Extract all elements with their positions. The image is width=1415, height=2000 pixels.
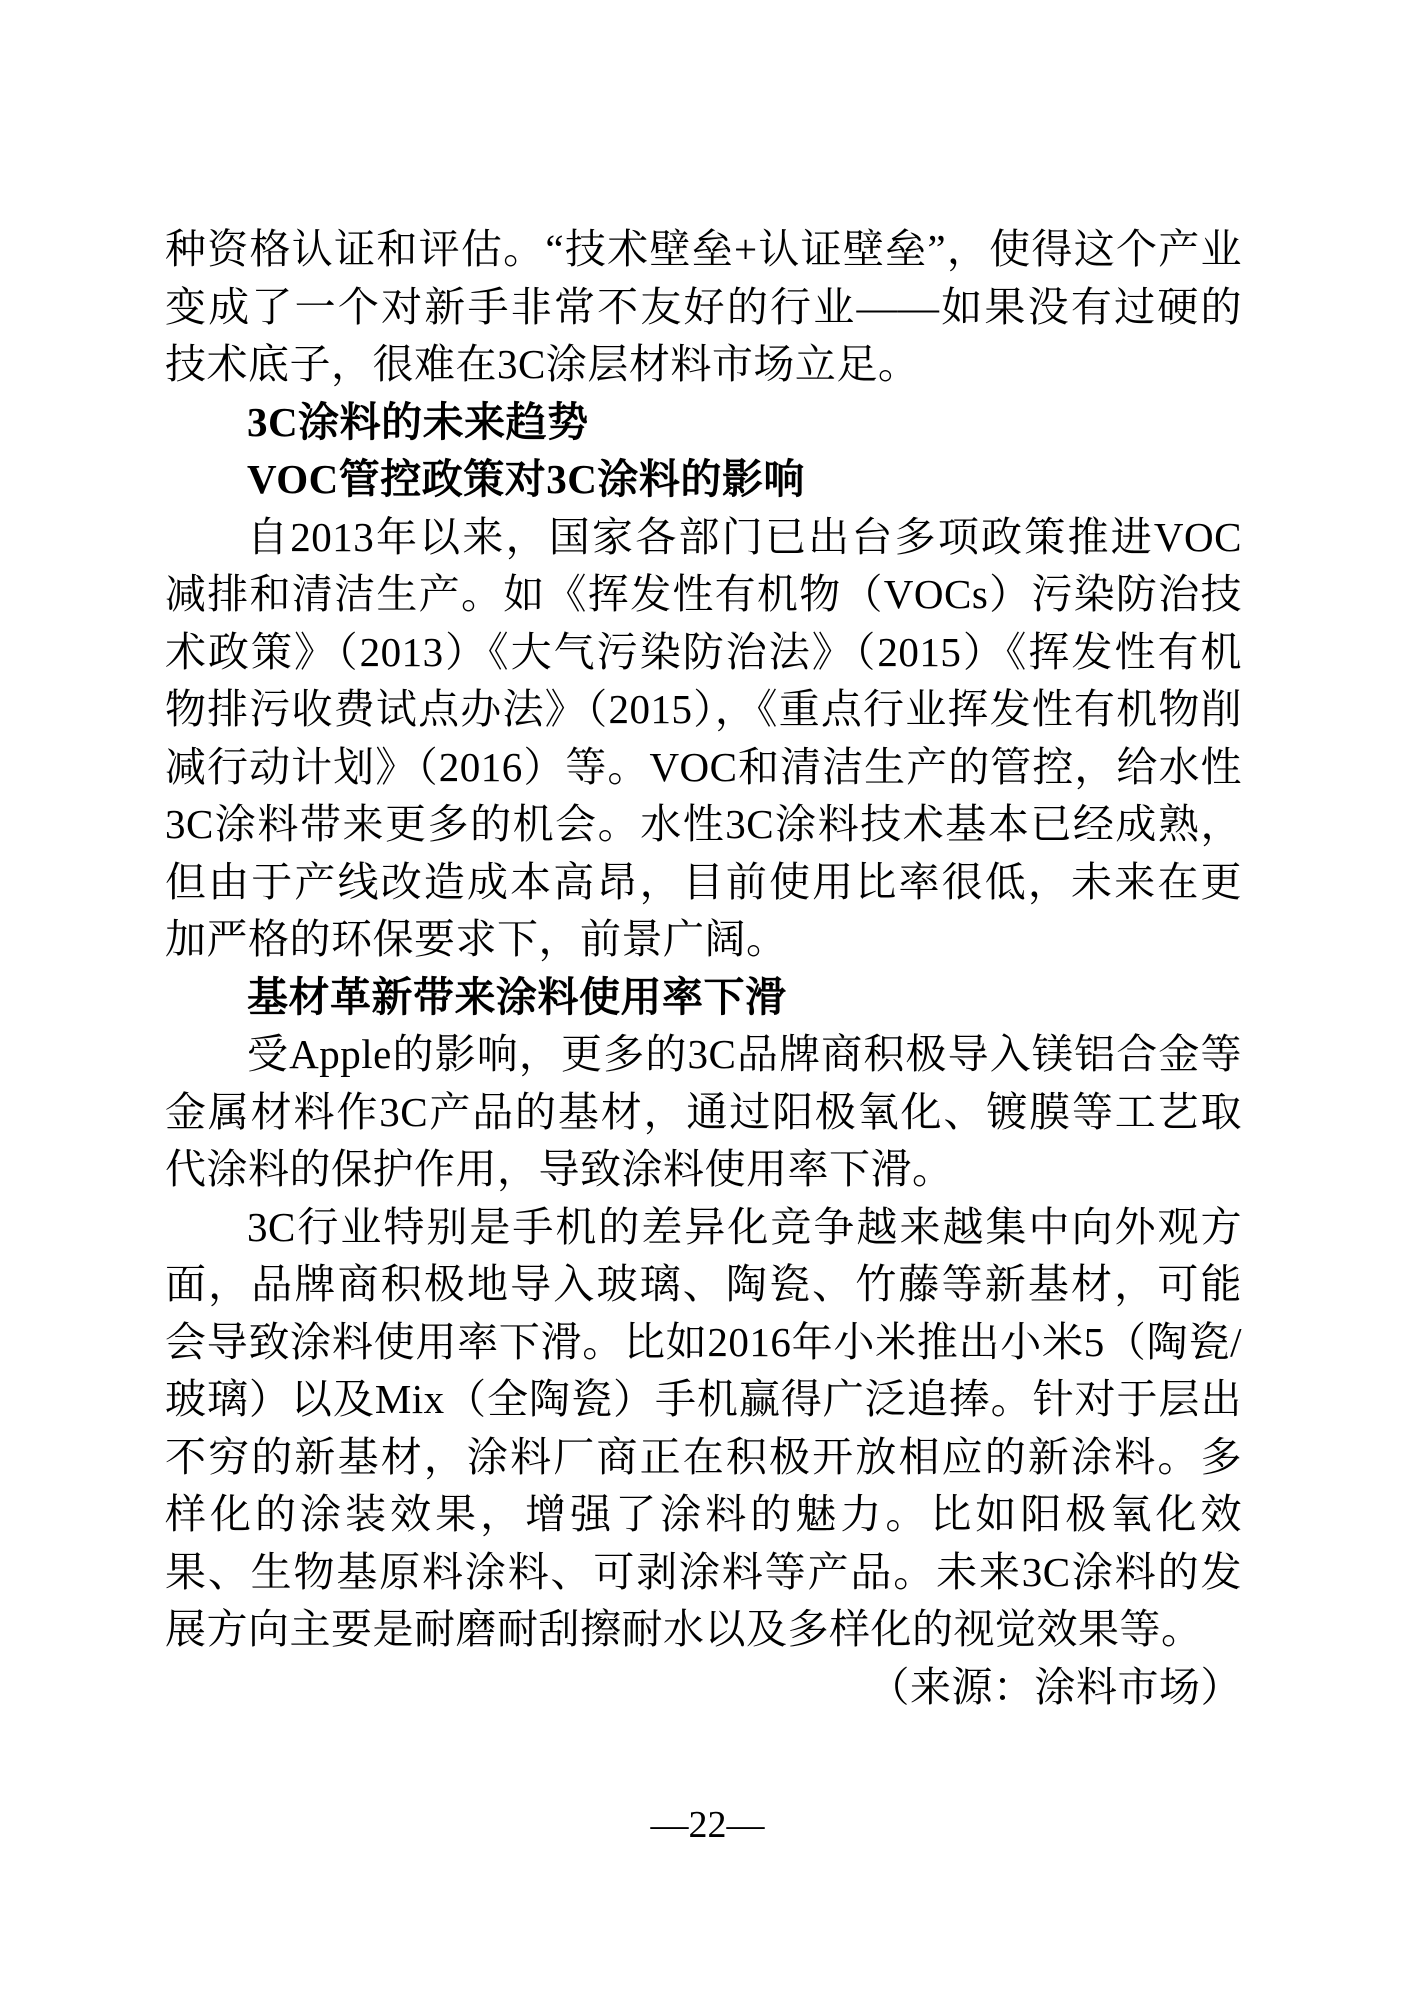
section-heading-substrate-innovation: 基材革新带来涂料使用率下滑 [165, 969, 1242, 1027]
section-heading-voc-policy: VOC管控政策对3C涂料的影响 [165, 451, 1242, 509]
paragraph-3c-industry-competition: 3C行业特别是手机的差异化竞争越来越集中向外观方面，品牌商积极地导入玻璃、陶瓷、… [165, 1199, 1242, 1659]
paragraph-voc-policy: 自2013年以来，国家各部门已出台多项政策推进VOC减排和清洁生产。如《挥发性有… [165, 509, 1242, 969]
document-page: 种资格认证和评估。“技术壁垒+认证壁垒”，使得这个产业变成了一个对新手非常不友好… [0, 0, 1415, 2000]
section-heading-future-trends: 3C涂料的未来趋势 [165, 394, 1242, 452]
paragraph-apple-influence: 受Apple的影响，更多的3C品牌商积极导入镁铝合金等金属材料作3C产品的基材，… [165, 1026, 1242, 1199]
source-attribution: （来源：涂料市场） [165, 1659, 1242, 1717]
document-body: 种资格认证和评估。“技术壁垒+认证壁垒”，使得这个产业变成了一个对新手非常不友好… [165, 221, 1242, 1716]
page-number: —22— [0, 1803, 1415, 1847]
paragraph-continuation: 种资格认证和评估。“技术壁垒+认证壁垒”，使得这个产业变成了一个对新手非常不友好… [165, 221, 1242, 394]
